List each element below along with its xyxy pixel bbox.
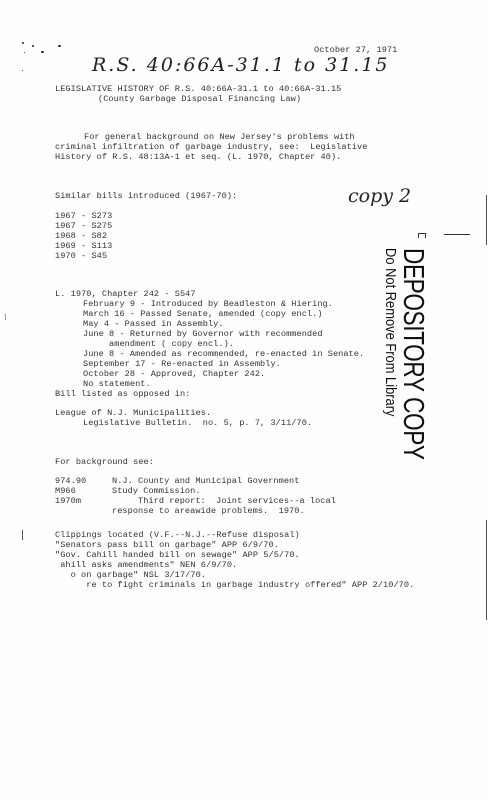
scan-speck	[24, 52, 25, 53]
similar-bill-item: 1967 - S273	[55, 211, 112, 221]
scan-speck	[22, 42, 24, 44]
clipping-item: "Gov. Cahill handed bill on sewage" APP …	[55, 550, 300, 560]
background-heading: For background see:	[55, 457, 154, 467]
clipping-item: o on garbage" NSL 3/17/70.	[55, 570, 206, 580]
clipping-item: "Senators pass bill on garbage" APP 6/9/…	[55, 540, 279, 550]
law-history-line: March 16 - Passed Senate, amended (copy …	[83, 309, 323, 319]
document-subtitle: (County Garbage Disposal Financing Law)	[98, 94, 301, 104]
clippings-heading: Clippings located (V.F.--N.J.--Refuse di…	[55, 530, 300, 540]
opposition-citation: Legislative Bulletin. no. 5, p. 7, 3/11/…	[83, 418, 312, 428]
law-history-line: September 17 - Re-enacted in Assembly.	[83, 359, 281, 369]
call-number-line: M966	[55, 486, 76, 496]
handwritten-copy-note: copy 2	[348, 185, 411, 207]
similar-bills-heading: Similar bills introduced (1967-70):	[55, 191, 237, 201]
law-history-line: June 8 - Returned by Governor with recom…	[83, 329, 323, 339]
background-entry-line: Third report: Joint services--a local	[112, 496, 336, 506]
law-history-line: October 28 - Approved, Chapter 242.	[83, 369, 265, 379]
call-number-line: 1970m	[55, 496, 81, 506]
opposition-source: League of N.J. Municipalities.	[55, 408, 211, 418]
background-entry-line: N.J. County and Municipal Government	[112, 476, 299, 486]
intro-line-1: For general background on New Jersey's p…	[84, 132, 355, 142]
call-number-line: 974.90	[55, 476, 86, 486]
background-entry-line: Study Commission.	[112, 486, 201, 496]
law-history-line: June 8 - Amended as recommended, re-enac…	[83, 349, 364, 359]
depository-copy-stamp: DEPOSITORY COPY Do Not Remove From Libra…	[382, 248, 428, 498]
law-history-line: amendment ( copy encl.).	[83, 339, 234, 349]
scan-margin-mark: ⁞	[4, 313, 7, 323]
similar-bill-item: 1968 - S82	[55, 231, 107, 241]
law-heading: L. 1970, Chapter 242 - S547	[55, 289, 196, 299]
stamp-subtitle: Do Not Remove From Library	[382, 248, 398, 463]
similar-bill-item: 1969 - S113	[55, 241, 112, 251]
scan-margin-line	[22, 530, 23, 540]
scan-edge-line	[486, 520, 487, 620]
clipping-item: ahill asks amendments" NEN 6/9/70.	[55, 560, 237, 570]
scan-speck	[41, 51, 44, 53]
document-page: October 27, 1971 R.S. 40:66A-31.1 to 31.…	[0, 0, 488, 800]
background-entry-line: response to areawide problems. 1970.	[112, 506, 305, 516]
intro-line-3: History of R.S. 48:13A-1 et seq. (L. 197…	[55, 152, 341, 162]
similar-bill-item: 1967 - S275	[55, 221, 112, 231]
clipping-item: re to fight criminals in garbage industr…	[55, 580, 414, 590]
law-history-line: No statement.	[83, 379, 151, 389]
law-history-line: May 4 - Passed in Assembly.	[83, 319, 224, 329]
scan-edge-line	[486, 195, 487, 245]
opposed-heading: Bill listed as opposed in:	[55, 389, 190, 399]
scan-speck	[32, 45, 34, 47]
scan-speck	[58, 45, 61, 47]
document-title: LEGISLATIVE HISTORY OF R.S. 40:66A-31.1 …	[55, 84, 341, 94]
scan-speck	[22, 70, 23, 71]
scan-bracket-mark	[418, 233, 426, 238]
similar-bill-item: 1970 - S45	[55, 251, 107, 261]
stamp-title: DEPOSITORY COPY	[398, 248, 428, 443]
scan-dash-mark	[444, 234, 470, 235]
handwritten-statute-note: R.S. 40:66A-31.1 to 31.15	[92, 54, 390, 76]
law-history-line: February 9 - Introduced by Beadleston & …	[83, 299, 333, 309]
intro-line-2: criminal infiltration of garbage industr…	[55, 142, 367, 152]
